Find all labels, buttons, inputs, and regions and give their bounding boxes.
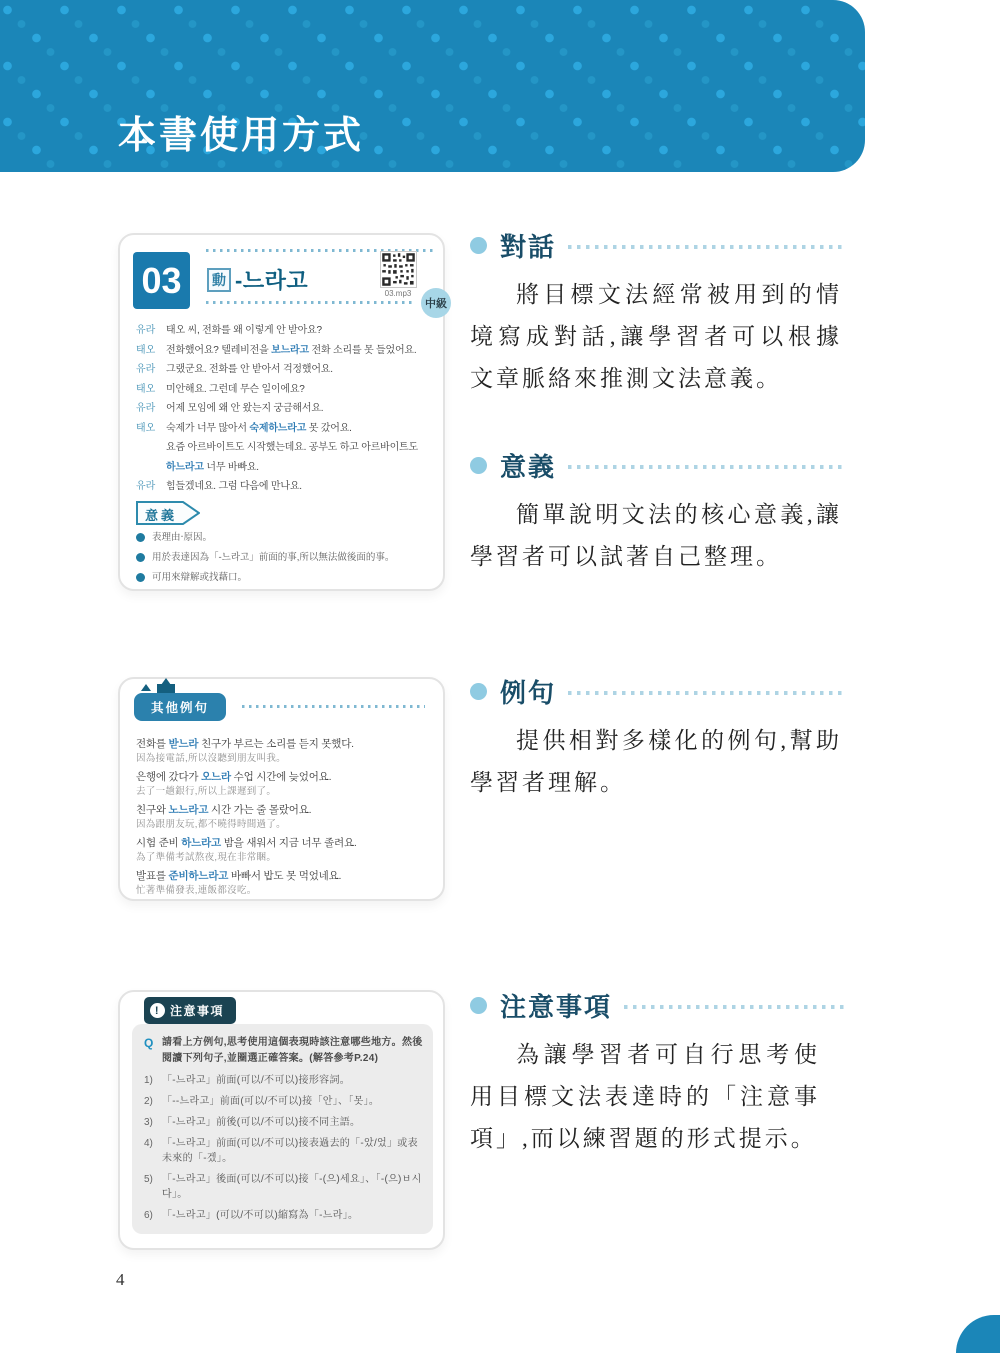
text-segment: 수업 시간에 늦었어요. <box>231 771 331 783</box>
annotation: 例句 提供相對多樣化的例句,幫助學習者理解。 <box>470 674 848 804</box>
dialogue-text: 힘들겠네요. 그럼 다음에 만나요. <box>166 477 435 497</box>
notice-sample-card: ! 注意事項 Q 請看上方例句,思考使用這個表現時該注意哪些地方。然後閱讀下列句… <box>118 990 445 1250</box>
grammar-highlight: 하느라고 <box>181 837 221 849</box>
notice-question-box: Q 請看上方例句,思考使用這個表現時該注意哪些地方。然後閱讀下列句子,並圈選正確… <box>132 1024 433 1234</box>
notice-item-text: 「-느라고」前面(可以/不可以)接表過去的「-았/었」或表未來的「-겠」。 <box>162 1136 423 1166</box>
dotted-divider <box>624 1005 846 1009</box>
page-title: 本書使用方式 <box>118 104 364 159</box>
examples-badge: 其他例句 <box>134 693 226 721</box>
notice-item-text: 「-느라고」後面(可以/不可以)接「-(으)세요」、「-(으)ㅂ시다」。 <box>162 1172 423 1202</box>
text-segment: 그랬군요. 전화를 안 받아서 걱정했어요. <box>166 364 333 375</box>
notice-item: 4) 「-느라고」前面(可以/不可以)接表過去的「-았/었」或表未來的「-겠」。 <box>144 1136 423 1166</box>
text-segment: 발표를 <box>136 870 169 882</box>
example-translation: 因為接電話,所以沒聽到朋友叫我。 <box>136 753 429 765</box>
dialogue-speaker: 태오 <box>136 341 166 361</box>
bullet-icon <box>470 683 487 700</box>
meaning-section: 意義 表理由‧原因。 用於表達因為「-느라고」前面的事,所以無法做後面的事。 可… <box>136 501 429 584</box>
dotted-divider <box>206 301 412 304</box>
meaning-bullet-text: 表理由‧原因。 <box>152 532 212 544</box>
grammar-highlight: 받느라 <box>169 738 199 750</box>
dialogue-speaker: 유라 <box>136 399 166 419</box>
audio-file-label: 03.mp3 <box>379 289 417 298</box>
meaning-label: 意義 <box>136 501 200 525</box>
text-segment: 어제 모임에 왜 안 왔는지 궁금해서요. <box>166 403 323 414</box>
dotted-divider <box>568 691 846 695</box>
dialogue-speaker: 유라 <box>136 360 166 380</box>
dialogue-line: 태오 숙제가 너무 많아서 숙제하느라고 못 갔어요.요즘 아르바이트도 시작했… <box>136 419 435 478</box>
example-translation: 去了一趟銀行,所以上課遲到了。 <box>136 786 429 798</box>
bullet-icon <box>470 997 487 1014</box>
annotation-body: 將目標文法經常被用到的情境寫成對話,讓學習者可以根據文章脈絡來推測文法意義。 <box>470 274 842 400</box>
example-korean: 시험 준비 하느라고 밤을 새워서 지금 너무 졸려요. <box>136 836 429 850</box>
notice-question: Q 請看上方例句,思考使用這個表現時該注意哪些地方。然後閱讀下列句子,並圈選正確… <box>144 1035 423 1067</box>
notice-item: 2) 「--느라고」前面(可以/不可以)接「안」、「못」。 <box>144 1094 423 1109</box>
dialogue-line: 유라 힘들겠네요. 그럼 다음에 만나요. <box>136 477 435 497</box>
meaning-bullet-text: 用於表達因為「-느라고」前面的事,所以無法做後面的事。 <box>152 552 394 564</box>
notice-item: 1) 「-느라고」前面(可以/不可以)接形容詞。 <box>144 1073 423 1088</box>
dialogue-text: 전화했어요? 텔레비전을 보느라고 전화 소리를 못 들었어요. <box>166 341 435 361</box>
text-segment: 미안해요. 그런데 무슨 일이에요? <box>166 384 305 395</box>
audio-qr: 03.mp3 <box>379 251 417 298</box>
examples-sample-card: 其他例句 전화를 받느라 친구가 부르는 소리를 듣지 못했다. 因為接電話,所… <box>118 677 445 901</box>
example-korean: 전화를 받느라 친구가 부르는 소리를 듣지 못했다. <box>136 737 429 751</box>
notice-item-number: 4) <box>144 1136 162 1166</box>
text-segment: 못 갔어요. <box>306 423 352 434</box>
annotation-title: 意義 <box>500 447 556 484</box>
text-segment: 너무 바빠요. <box>204 462 259 473</box>
grammar-highlight: 노느라고 <box>169 804 209 816</box>
dialogue-line: 유라 어제 모임에 왜 안 왔는지 궁금해서요. <box>136 399 435 419</box>
dialogue-speaker: 태오 <box>136 419 166 478</box>
bullet-icon <box>470 237 487 254</box>
triangle-icon <box>161 678 171 685</box>
dialogue-speaker: 태오 <box>136 380 166 400</box>
dialogue-text: 태오 씨, 전화를 왜 이렇게 안 받아요? <box>166 321 435 341</box>
annotation-title: 對話 <box>500 227 556 264</box>
example-korean: 발표를 준비하느라고 바빠서 밥도 못 먹었네요. <box>136 869 429 883</box>
annotation-title: 例句 <box>500 673 556 710</box>
dialogue-text: 미안해요. 그런데 무슨 일이에요? <box>166 380 435 400</box>
dialogue-speaker: 유라 <box>136 477 166 497</box>
text-segment: 은행에 갔다가 <box>136 771 201 783</box>
example-translation: 為了準備考試熬夜,現在非常睏。 <box>136 852 429 864</box>
meaning-bullet-text: 可用來辯解或找藉口。 <box>152 572 247 584</box>
meaning-bullet: 可用來辯解或找藉口。 <box>136 572 429 584</box>
grammar-title: -느라고 <box>235 264 308 295</box>
text-segment: 바빠서 밥도 못 먹었네요. <box>228 870 341 882</box>
header-banner: 本書使用方式 <box>0 0 865 172</box>
example-list: 전화를 받느라 친구가 부르는 소리를 듣지 못했다. 因為接電話,所以沒聽到朋… <box>120 725 443 897</box>
grammar-highlight: 준비하느라고 <box>169 870 229 882</box>
dialogue-text: 그랬군요. 전화를 안 받아서 걱정했어요. <box>166 360 435 380</box>
example-translation: 忙著準備發表,連飯都沒吃。 <box>136 885 429 897</box>
text-segment: 시간 가는 줄 몰랐어요. <box>208 804 311 816</box>
dialogue-line: 유라 태오 씨, 전화를 왜 이렇게 안 받아요? <box>136 321 435 341</box>
text-segment: 전화를 <box>136 738 169 750</box>
annotation-header: 例句 <box>470 674 846 708</box>
level-badge: 中級 <box>421 288 451 318</box>
page-corner-decoration <box>956 1315 1000 1353</box>
examples-badge-area: 其他例句 <box>134 679 427 725</box>
notice-item-number: 1) <box>144 1073 162 1088</box>
annotation-body: 簡單說明文法的核心意義,讓學習者可以試著自己整理。 <box>470 494 842 578</box>
dotted-divider <box>242 705 425 708</box>
qr-code-icon <box>380 251 417 288</box>
example-item: 전화를 받느라 친구가 부르는 소리를 듣지 못했다. 因為接電話,所以沒聽到朋… <box>136 737 429 765</box>
annotation-header: 意義 <box>470 448 846 482</box>
bullet-icon <box>136 553 145 562</box>
example-item: 은행에 갔다가 오느라 수업 시간에 늦었어요. 去了一趟銀行,所以上課遲到了。 <box>136 770 429 798</box>
annotation-header: 注意事項 <box>470 988 846 1022</box>
text-segment: 요즘 아르바이트도 시작했는데요. 공부도 하고 아르바이트도 <box>166 442 418 453</box>
notice-item-text: 「--느라고」前面(可以/不可以)接「안」、「못」。 <box>162 1094 423 1109</box>
text-segment: 친구가 부르는 소리를 듣지 못했다. <box>198 738 354 750</box>
notice-item-number: 3) <box>144 1115 162 1130</box>
page-number: 4 <box>116 1270 125 1290</box>
part-of-speech-tag: 動 <box>207 268 231 292</box>
book-page: 本書使用方式 03 動 -느라고 <box>0 0 1000 1353</box>
grammar-highlight: 보느라고 <box>271 345 309 356</box>
dialogue-text: 어제 모임에 왜 안 왔는지 궁금해서요. <box>166 399 435 419</box>
dialogue-line: 유라 그랬군요. 전화를 안 받아서 걱정했어요. <box>136 360 435 380</box>
text-segment: 태오 씨, 전화를 왜 이렇게 안 받아요? <box>166 325 322 336</box>
dotted-divider <box>568 465 846 469</box>
notice-item: 6) 「-느라고」(可以/不可以)縮寫為「-느라」。 <box>144 1208 423 1223</box>
annotation-title: 注意事項 <box>500 987 612 1024</box>
notice-item-number: 2) <box>144 1094 162 1109</box>
text-segment: 친구와 <box>136 804 169 816</box>
dialogue-block: 유라 태오 씨, 전화를 왜 이렇게 안 받아요? 태오 전화했어요? 텔레비전… <box>120 321 443 497</box>
notice-item: 5) 「-느라고」後面(可以/不可以)接「-(으)세요」、「-(으)ㅂ시다」。 <box>144 1172 423 1202</box>
meaning-bullet-list: 表理由‧原因。 用於表達因為「-느라고」前面的事,所以無法做後面的事。 可用來辯… <box>136 532 429 584</box>
notice-item-text: 「-느라고」(可以/不可以)縮寫為「-느라」。 <box>162 1208 423 1223</box>
text-segment: 힘들겠네요. 그럼 다음에 만나요. <box>166 481 302 492</box>
text-segment: 전화했어요? 텔레비전을 <box>166 345 271 356</box>
annotation-header: 對話 <box>470 228 846 262</box>
lesson-header: 03 動 -느라고 <box>120 235 443 321</box>
grammar-highlight: 하느라고 <box>166 462 204 473</box>
example-item: 시험 준비 하느라고 밤을 새워서 지금 너무 졸려요. 為了準備考試熬夜,現在… <box>136 836 429 864</box>
annotation: 意義 簡單說明文法的核心意義,讓學習者可以試著自己整理。 <box>470 448 848 578</box>
notice-item: 3) 「-느라고」前後(可以/不可以)接不同主語。 <box>144 1115 423 1130</box>
annotation-body: 提供相對多樣化的例句,幫助學習者理解。 <box>470 720 842 804</box>
notice-item-number: 5) <box>144 1172 162 1202</box>
example-item: 발표를 준비하느라고 바빠서 밥도 못 먹었네요. 忙著準備發表,連飯都沒吃。 <box>136 869 429 897</box>
lesson-number: 03 <box>133 252 190 309</box>
bullet-icon <box>136 533 145 542</box>
notice-item-list: 1) 「-느라고」前面(可以/不可以)接形容詞。 2) 「--느라고」前面(可以… <box>144 1073 423 1223</box>
question-label: Q <box>144 1035 162 1067</box>
meaning-bullet: 用於表達因為「-느라고」前面的事,所以無法做後面的事。 <box>136 552 429 564</box>
annotation-body: 為讓學習者可自行思考使用目標文法表達時的「注意事項」,而以練習題的形式提示。 <box>470 1034 820 1160</box>
meaning-bullet: 表理由‧原因。 <box>136 532 429 544</box>
notice-item-text: 「-느라고」前面(可以/不可以)接形容詞。 <box>162 1073 423 1088</box>
dotted-divider <box>568 245 846 249</box>
text-segment: 전화 소리를 못 들었어요. <box>309 345 417 356</box>
example-item: 친구와 노느라고 시간 가는 줄 몰랐어요. 因為跟朋友玩,都不曉得時間過了。 <box>136 803 429 831</box>
exclamation-icon: ! <box>150 1003 165 1018</box>
text-segment: 숙제가 너무 많아서 <box>166 423 249 434</box>
dialogue-speaker: 유라 <box>136 321 166 341</box>
dialogue-text: 숙제가 너무 많아서 숙제하느라고 못 갔어요.요즘 아르바이트도 시작했는데요… <box>166 419 435 478</box>
triangle-icon <box>141 684 151 691</box>
lesson-sample-card: 03 動 -느라고 <box>118 233 445 591</box>
notice-item-number: 6) <box>144 1208 162 1223</box>
grammar-highlight: 오느라 <box>201 771 231 783</box>
notice-item-text: 「-느라고」前後(可以/不可以)接不同主語。 <box>162 1115 423 1130</box>
question-text: 請看上方例句,思考使用這個表現時該注意哪些地方。然後閱讀下列句子,並圈選正確答案… <box>162 1035 423 1067</box>
dialogue-line: 태오 미안해요. 그런데 무슨 일이에요? <box>136 380 435 400</box>
annotation: 注意事項 為讓學習者可自行思考使用目標文法表達時的「注意事項」,而以練習題的形式… <box>470 988 848 1160</box>
annotation: 對話 將目標文法經常被用到的情境寫成對話,讓學習者可以根據文章脈絡來推測文法意義… <box>470 228 848 400</box>
example-translation: 因為跟朋友玩,都不曉得時間過了。 <box>136 819 429 831</box>
notice-badge-label: 注意事項 <box>170 1002 224 1019</box>
example-korean: 은행에 갔다가 오느라 수업 시간에 늦었어요. <box>136 770 429 784</box>
grammar-highlight: 숙제하느라고 <box>249 423 306 434</box>
text-segment: 밤을 새워서 지금 너무 졸려요. <box>221 837 357 849</box>
text-segment: 시험 준비 <box>136 837 181 849</box>
example-korean: 친구와 노느라고 시간 가는 줄 몰랐어요. <box>136 803 429 817</box>
notice-badge: ! 注意事項 <box>144 997 236 1024</box>
bullet-icon <box>470 457 487 474</box>
dialogue-line: 태오 전화했어요? 텔레비전을 보느라고 전화 소리를 못 들었어요. <box>136 341 435 361</box>
bullet-icon <box>136 573 145 582</box>
